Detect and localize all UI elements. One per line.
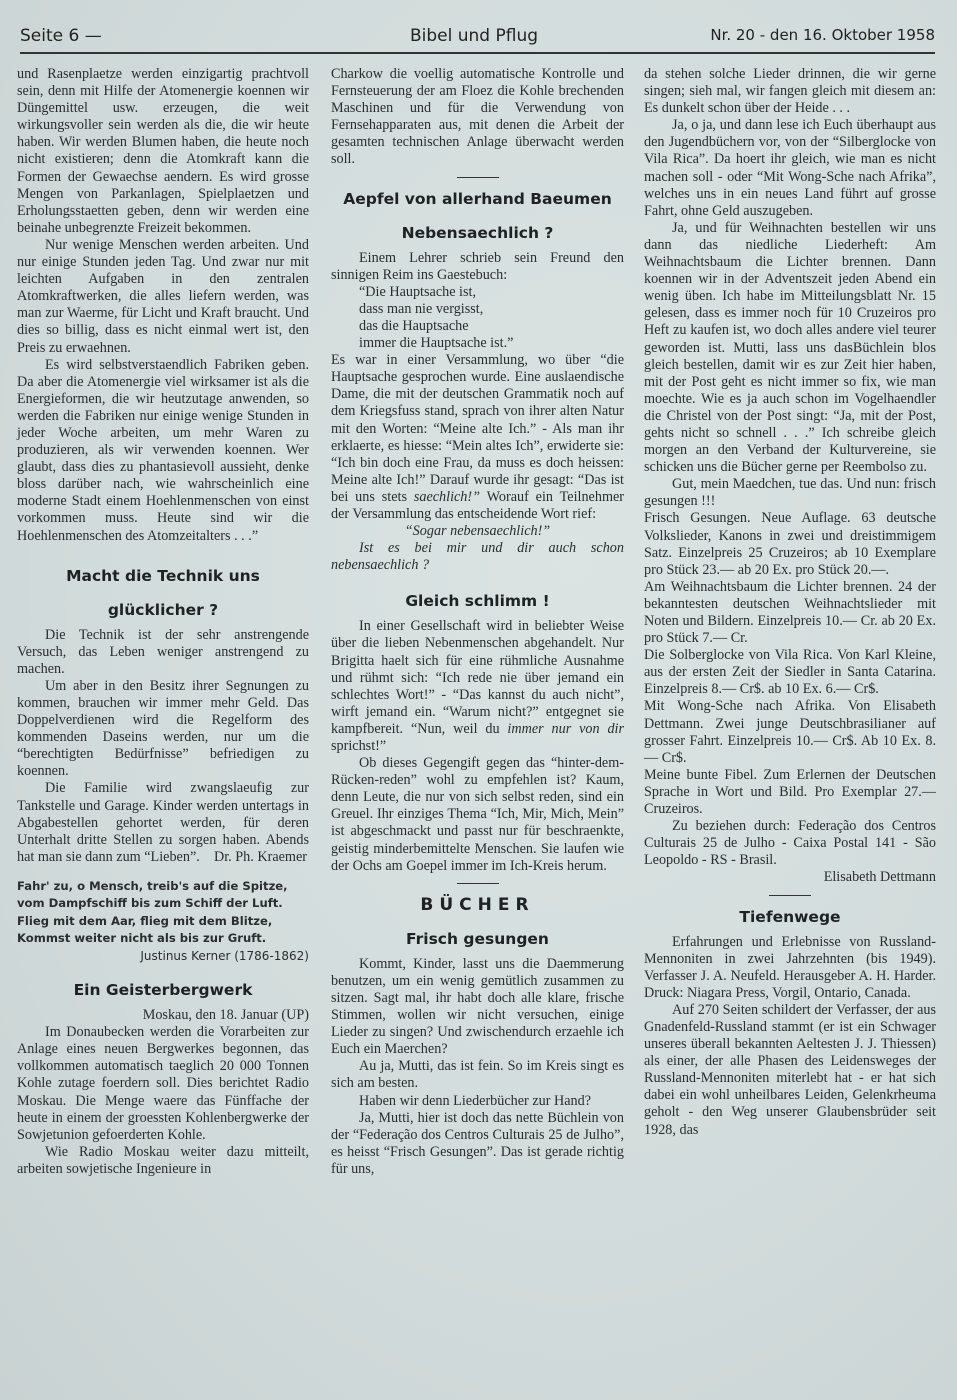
quote: “Sogar nebensaechlich!” [405, 523, 550, 539]
paragraph: Es wird selbstverstaendlich Fabriken geb… [17, 357, 309, 545]
article-title: Tiefenwege [644, 900, 936, 934]
paragraph-text: Es war in einer Versammlung, wo über “di… [331, 352, 624, 505]
poem-line: Flieg mit dem Aar, flieg mit dem Blitze, [17, 913, 309, 931]
paragraph: Einem Lehrer schrieb sein Freund den sin… [331, 250, 624, 284]
poem-line: Kommst weiter nicht als bis zur Gruft. [17, 930, 309, 948]
paragraph: da stehen solche Lieder drinnen, die wir… [644, 66, 936, 117]
paragraph: Die Technik ist der sehr anstrengende Ve… [17, 627, 309, 678]
section-title: BÜCHER [331, 888, 624, 922]
verse-line: das die Hauptsache [359, 318, 624, 335]
newspaper-page: Seite 6 — Bibel und Pflug Nr. 20 - den 1… [0, 0, 957, 1400]
paragraph: Wie Radio Moskau weiter dazu mitteilt, a… [17, 1144, 309, 1178]
publication-title: Bibel und Pflug [410, 26, 538, 46]
book-listing: Die Solberglocke von Vila Rica. Von Karl… [644, 647, 936, 698]
article-title: Frisch gesungen [331, 922, 624, 956]
paragraph: Erfahrungen und Erlebnisse von Russland-… [644, 934, 936, 1002]
paragraph: Ja, und für Weihnachten bestellen wir un… [644, 220, 936, 476]
poem-line: Fahr' zu, o Mensch, treib's auf die Spit… [17, 878, 309, 896]
article-title: Nebensaechlich ? [331, 216, 624, 250]
paragraph: In einer Gesellschaft wird in beliebter … [331, 618, 624, 755]
dateline: Moskau, den 18. Januar (UP) [17, 1007, 309, 1024]
poem-line: vom Dampfschiff bis zum Schiff der Luft. [17, 895, 309, 913]
article-title: Ein Geisterbergwerk [17, 973, 309, 1007]
verse-line: immer die Hauptsache ist.” [359, 335, 624, 352]
column-1: und Rasenplaetze werden einzigartig prac… [17, 66, 309, 1178]
paragraph: Ob dieses Gegengift gegen das “hinter-de… [331, 755, 624, 875]
paragraph: Es war in einer Versammlung, wo über “di… [331, 352, 624, 523]
author-byline: Elisabeth Dettmann [644, 869, 936, 886]
emphasis: saechlich!” [414, 489, 480, 505]
masthead: Seite 6 — Bibel und Pflug Nr. 20 - den 1… [20, 26, 935, 50]
paragraph-text: sprichst!” [331, 738, 386, 754]
book-listing: Frisch Gesungen. Neue Auflage. 63 deutsc… [644, 510, 936, 578]
paragraph: Die Familie wird zwangslaeufig zur Tanks… [17, 780, 309, 865]
verse: “Die Hauptsache ist, dass man nie vergis… [331, 284, 624, 352]
paragraph: Au ja, Mutti, das ist fein. So im Kreis … [331, 1058, 624, 1092]
paragraph: Gut, mein Maedchen, tue das. Und nun: fr… [644, 476, 936, 510]
column-2: Charkow die voellig automatische Kontrol… [331, 66, 624, 1178]
column-3: da stehen solche Lieder drinnen, die wir… [644, 66, 936, 1139]
author-byline: Dr. Ph. Kraemer [214, 849, 307, 865]
verse-line: dass man nie vergisst, [359, 301, 624, 318]
paragraph: Im Donaubecken werden die Vorarbeiten zu… [17, 1024, 309, 1144]
order-info: Zu beziehen durch: Federação dos Centros… [644, 818, 936, 869]
section-divider [457, 177, 499, 178]
article-title: glücklicher ? [17, 593, 309, 627]
article-kicker: Aepfel von allerhand Baeumen [331, 182, 624, 216]
book-listing: Mit Wong-Sche nach Afrika. Von Elisabeth… [644, 698, 936, 766]
poem-attribution: Justinus Kerner (1786-1862) [17, 948, 309, 965]
paragraph: Kommt, Kinder, lasst uns die Daemmerung … [331, 956, 624, 1059]
paragraph: Ja, o ja, und dann lese ich Euch überhau… [644, 117, 936, 220]
emphasis: immer nur von dir [507, 721, 624, 737]
paragraph-text: In einer Gesellschaft wird in beliebter … [331, 618, 624, 737]
page-number: Seite 6 — [20, 26, 102, 46]
paragraph: Charkow die voellig automatische Kontrol… [331, 66, 624, 169]
paragraph: Haben wir denn Liederbücher zur Hand? [331, 1093, 624, 1110]
section-divider [769, 895, 811, 896]
article-title: Macht die Technik uns [17, 559, 309, 593]
masthead-rule [20, 52, 935, 54]
poem: Fahr' zu, o Mensch, treib's auf die Spit… [17, 878, 309, 948]
section-divider [457, 883, 499, 884]
book-listing: Am Weihnachtsbaum die Lichter brennen. 2… [644, 579, 936, 647]
paragraph: Nur wenige Menschen werden arbeiten. Und… [17, 237, 309, 357]
paragraph: Ja, Mutti, hier ist doch das nette Büchl… [331, 1110, 624, 1178]
closing-question: Ist es bei mir und dir auch schon nebens… [331, 540, 624, 573]
paragraph: Um aber in den Besitz ihrer Segnungen zu… [17, 678, 309, 781]
book-listing: Meine bunte Fibel. Zum Erlernen der Deut… [644, 767, 936, 818]
issue-date: Nr. 20 - den 16. Oktober 1958 [710, 26, 935, 44]
article-title: Gleich schlimm ! [331, 584, 624, 618]
paragraph: und Rasenplaetze werden einzigartig prac… [17, 66, 309, 237]
paragraph: Auf 270 Seiten schildert der Verfasser, … [644, 1002, 936, 1139]
verse-line: “Die Hauptsache ist, [359, 284, 624, 301]
